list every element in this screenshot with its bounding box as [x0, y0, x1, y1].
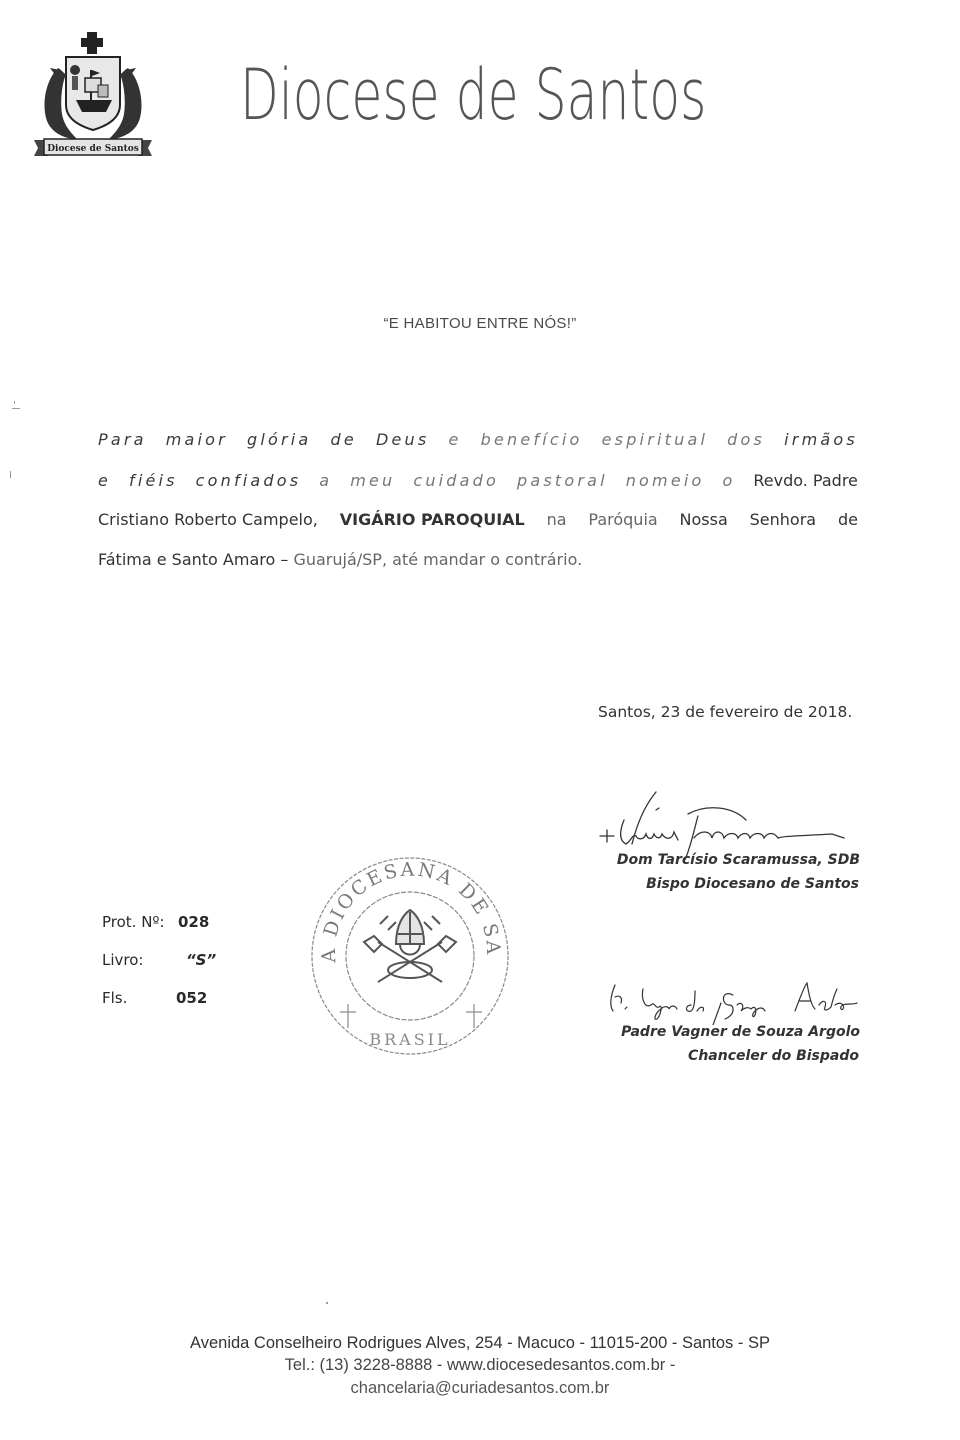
scan-speck [10, 471, 11, 478]
body-word: e [98, 473, 111, 489]
appointment-role: VIGÁRIO PAROQUIAL [340, 512, 525, 528]
scan-speck [14, 401, 15, 404]
body-word: cuidado [413, 473, 499, 489]
seal-bottom-text: BRASIL [369, 1030, 450, 1049]
document-date: Santos, 23 de fevereiro de 2018. [598, 703, 852, 721]
diocese-crest-logo: Diocese de Santos [28, 30, 158, 160]
body-word: irmãos [784, 432, 858, 448]
body-word: glória [247, 432, 311, 448]
scan-speck [12, 408, 20, 409]
body-word: Para [98, 432, 147, 448]
body-word: a [319, 473, 332, 489]
body-word: espiritual [602, 432, 708, 448]
letterhead-title: Diocese de Santos [240, 60, 706, 130]
footer-email: chancelaria@curiadesantos.com.br [0, 1379, 960, 1398]
footer-address: Avenida Conselheiro Rodrigues Alves, 254… [0, 1334, 960, 1353]
svg-text:CURIA DIOCESANA DE SANTOS: CURIA DIOCESANA DE SANTOS [308, 852, 504, 964]
curia-seal-stamp: CURIA DIOCESANA DE SANTOS BRASIL [308, 852, 513, 1057]
body-word: Nossa [680, 512, 728, 528]
chancellor-handwritten-signature [605, 975, 885, 1025]
body-line-3: Cristiano Roberto Campelo, VIGÁRIO PAROQ… [98, 512, 858, 528]
bishop-title: Bispo Diocesano de Santos [646, 876, 859, 892]
svg-text:Diocese de Santos: Diocese de Santos [47, 144, 139, 154]
cross-icon [81, 32, 103, 54]
protocol-label: Prot. Nº: [102, 913, 165, 931]
body-word: o [722, 473, 735, 489]
body-word: Paróquia [588, 512, 657, 528]
bishop-handwritten-signature [596, 790, 856, 860]
body-line-4: Fátima e Santo Amaro – Guarujá/SP, até m… [98, 552, 858, 568]
parish-name: Fátima e Santo Amaro – [98, 550, 293, 569]
protocol-value: 028 [178, 913, 209, 931]
body-word: pastoral [517, 473, 608, 489]
body-word: maior [166, 432, 228, 448]
body-word: fiéis [129, 473, 178, 489]
body-word: na [547, 512, 567, 528]
chancellor-name: Padre Vagner de Souza Argolo [621, 1024, 860, 1040]
body-line-1: ParamaiorglóriadeDeusebenefícioespiritua… [98, 432, 858, 448]
body-word: Revdo. Padre [753, 473, 858, 489]
banner: Diocese de Santos [34, 139, 152, 156]
book-value: “S” [186, 951, 216, 969]
body-word: dos [727, 432, 765, 448]
folio-value: 052 [176, 989, 207, 1007]
mitre-and-keys-icon [364, 910, 456, 982]
body-word: de [331, 432, 357, 448]
book-label: Livro: [102, 951, 143, 969]
cross-icon [340, 1004, 482, 1028]
body-word: nomeio [626, 473, 705, 489]
body-line-4-rest: Guarujá/SP, até mandar o contrário. [293, 550, 582, 569]
bishop-name: Dom Tarcísio Scaramussa, SDB [617, 852, 860, 868]
body-word: Senhora [750, 512, 816, 528]
folio-label: Fls. [102, 989, 127, 1007]
scan-speck [326, 1302, 328, 1304]
body-line-2: efiéisconfiadosameucuidadopastoralnomeio… [98, 473, 858, 489]
body-word: Deus [376, 432, 429, 448]
body-word: confiados [196, 473, 302, 489]
appointee-name: Cristiano Roberto Campelo, [98, 512, 318, 528]
footer-phone-website: Tel.: (13) 3228-8888 - www.diocesedesant… [0, 1356, 960, 1375]
body-word: de [838, 512, 858, 528]
motto: “E HABITOU ENTRE NÓS!” [0, 315, 960, 332]
body-word: benefício [481, 432, 583, 448]
body-word: e [449, 432, 462, 448]
body-word: meu [350, 473, 395, 489]
chancellor-title: Chanceler do Bispado [688, 1048, 859, 1064]
